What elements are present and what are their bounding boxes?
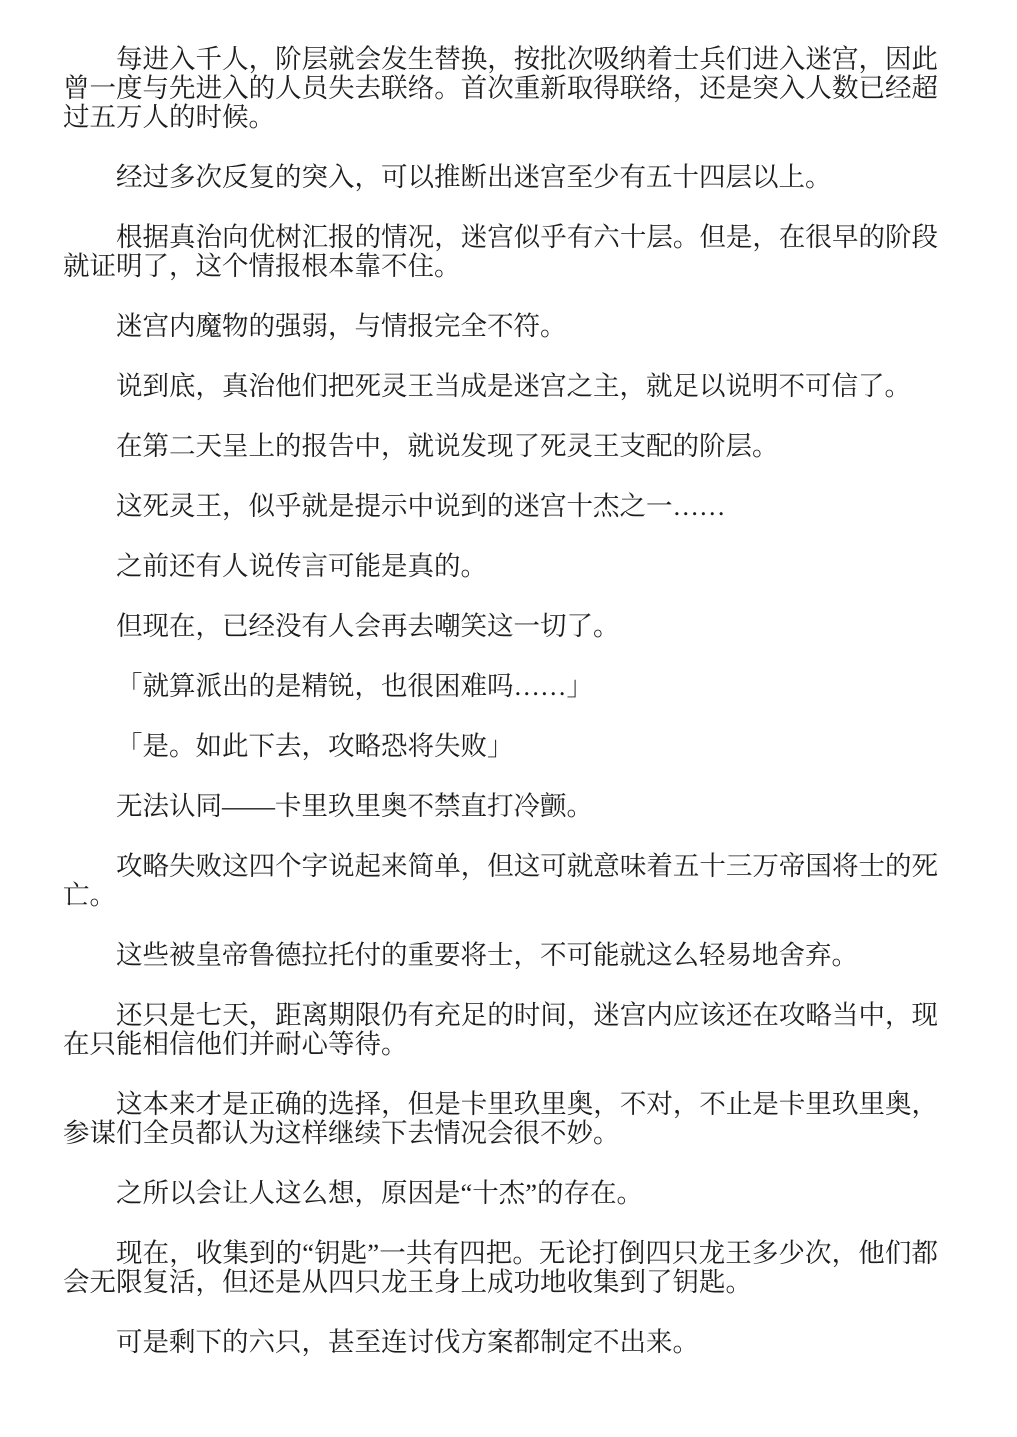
paragraph: 迷宫内魔物的强弱，与情报完全不符。	[63, 312, 938, 341]
paragraph: 根据真治向优树汇报的情况，迷宫似乎有六十层。但是，在很早的阶段就证明了，这个情报…	[63, 223, 938, 281]
paragraph: 每进入千人，阶层就会发生替换，按批次吸纳着士兵们进入迷宫，因此曾一度与先进入的人…	[63, 45, 938, 132]
paragraph: 现在，收集到的“钥匙”一共有四把。无论打倒四只龙王多少次，他们都会无限复活，但还…	[63, 1239, 938, 1297]
paragraph: 经过多次反复的突入，可以推断出迷宫至少有五十四层以上。	[63, 163, 938, 192]
paragraph: 可是剩下的六只，甚至连讨伐方案都制定不出来。	[63, 1328, 938, 1357]
document-body: 每进入千人，阶层就会发生替换，按批次吸纳着士兵们进入迷宫，因此曾一度与先进入的人…	[63, 45, 938, 1357]
paragraph: 这本来才是正确的选择，但是卡里玖里奥，不对，不止是卡里玖里奥，参谋们全员都认为这…	[63, 1090, 938, 1148]
paragraph: 无法认同——卡里玖里奥不禁直打冷颤。	[63, 792, 938, 821]
paragraph: 之前还有人说传言可能是真的。	[63, 552, 938, 581]
paragraph: 这些被皇帝鲁德拉托付的重要将士，不可能就这么轻易地舍弃。	[63, 941, 938, 970]
paragraph: 在第二天呈上的报告中，就说发现了死灵王支配的阶层。	[63, 432, 938, 461]
paragraph: 说到底，真治他们把死灵王当成是迷宫之主，就足以说明不可信了。	[63, 372, 938, 401]
paragraph: 这死灵王，似乎就是提示中说到的迷宫十杰之一……	[63, 492, 938, 521]
paragraph: 但现在，已经没有人会再去嘲笑这一切了。	[63, 612, 938, 641]
document-page: 每进入千人，阶层就会发生替换，按批次吸纳着士兵们进入迷宫，因此曾一度与先进入的人…	[0, 0, 1017, 1437]
paragraph: 还只是七天，距离期限仍有充足的时间，迷宫内应该还在攻略当中，现在只能相信他们并耐…	[63, 1001, 938, 1059]
paragraph: 之所以会让人这么想，原因是“十杰”的存在。	[63, 1179, 938, 1208]
paragraph: 「就算派出的是精锐，也很困难吗……」	[63, 672, 938, 701]
paragraph: 「是。如此下去，攻略恐将失败」	[63, 732, 938, 761]
paragraph: 攻略失败这四个字说起来简单，但这可就意味着五十三万帝国将士的死亡。	[63, 852, 938, 910]
